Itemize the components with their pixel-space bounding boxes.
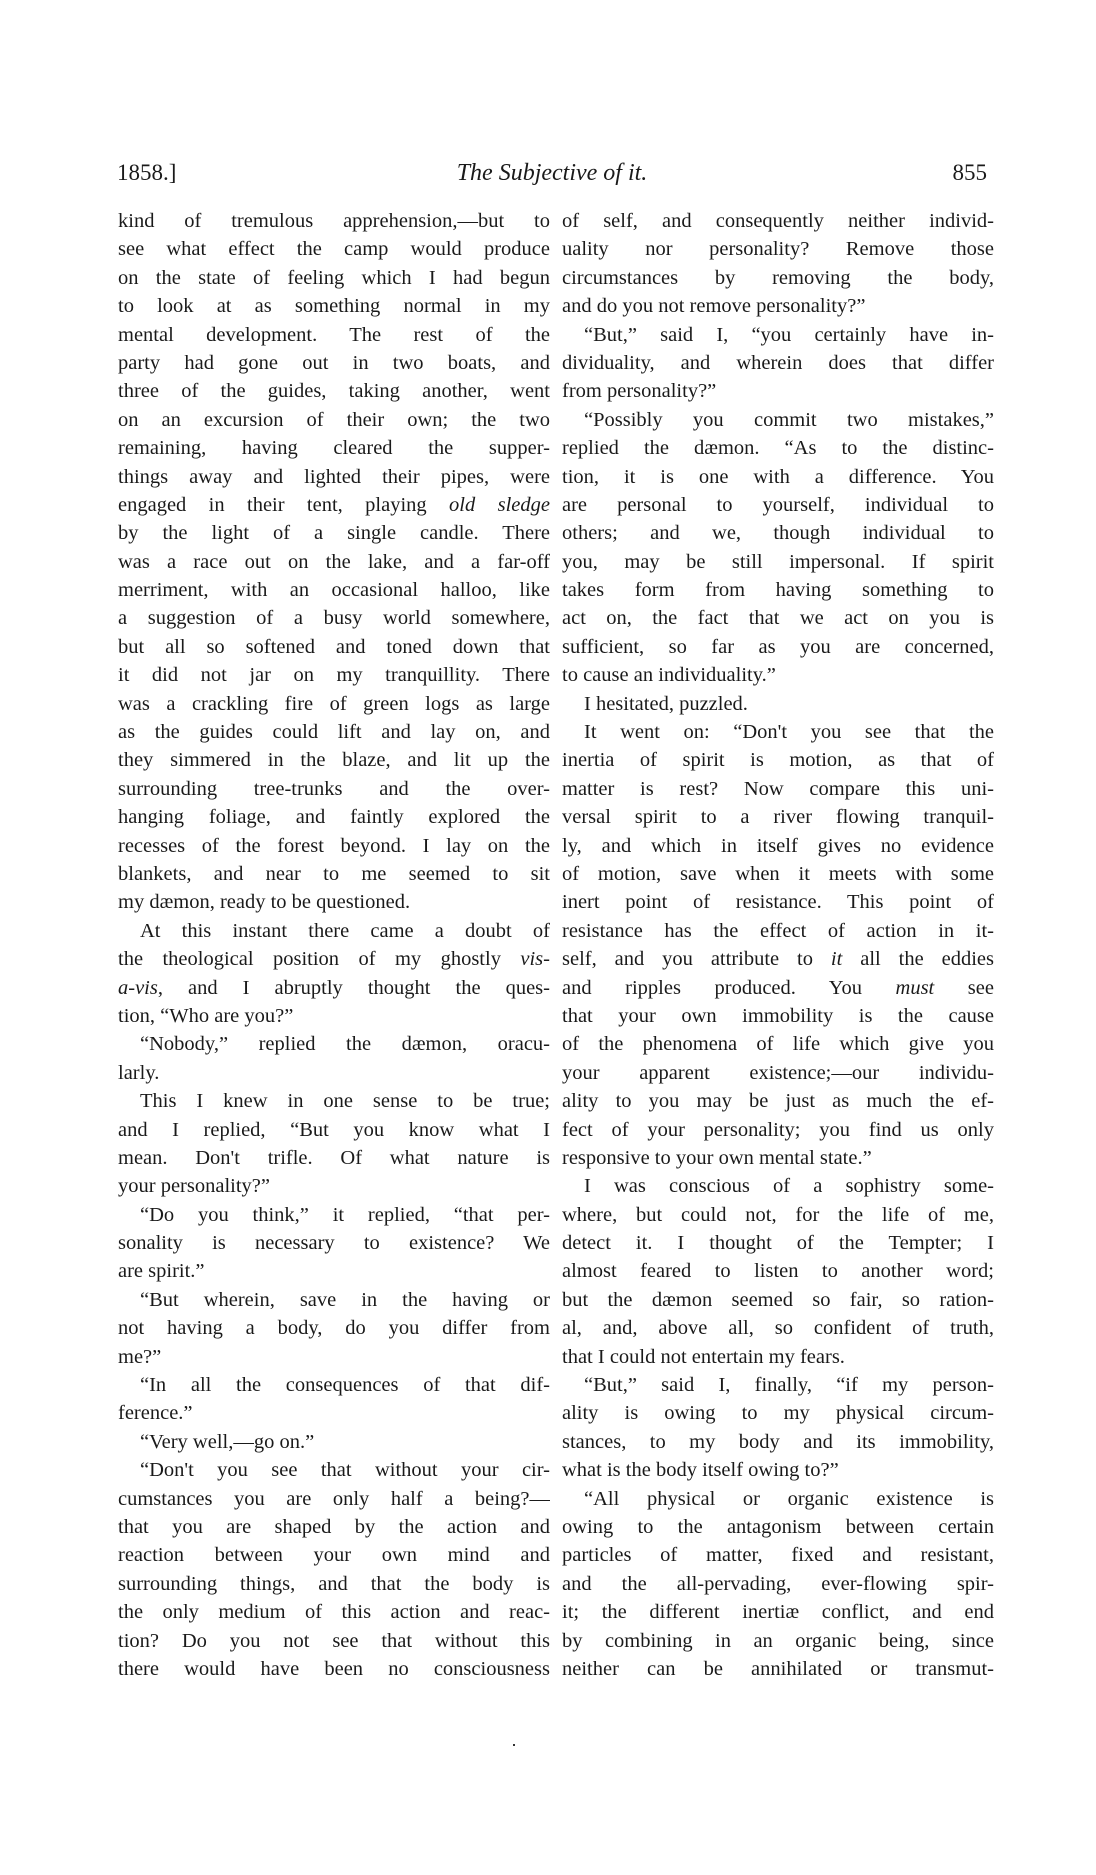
italic-emphasis: must <box>896 977 935 999</box>
text-line: not having a body, do you differ from <box>118 1314 550 1342</box>
text-line: your apparent existence;—our individu- <box>562 1059 994 1087</box>
text-line: “But wherein, save in the having or <box>118 1286 550 1314</box>
text-line: “Very well,—go on.” <box>118 1428 550 1456</box>
text-line: are spirit.” <box>118 1257 550 1285</box>
text-line: act on, the fact that we act on you is <box>562 604 994 632</box>
text-line: but all so softened and toned down that <box>118 633 550 661</box>
page-number: 855 <box>953 160 988 186</box>
text-line: engaged in their tent, playing old sledg… <box>118 491 550 519</box>
text-line: mental development. The rest of the <box>118 321 550 349</box>
text-line: “Nobody,” replied the dæmon, oracu- <box>118 1030 550 1058</box>
text-line: as the guides could lift and lay on, and <box>118 718 550 746</box>
italic-emphasis: old sledge <box>449 494 550 516</box>
text-line: mean. Don't trifle. Of what nature is <box>118 1144 550 1172</box>
text-line: cumstances you are only half a being?— <box>118 1485 550 1513</box>
text-line: circumstances by removing the body, <box>562 264 994 292</box>
text-line: and I replied, “But you know what I <box>118 1116 550 1144</box>
text-line: was a crackling fire of green logs as la… <box>118 690 550 718</box>
text-line: owing to the antagonism between certain <box>562 1513 994 1541</box>
text-line: by combining in an organic being, since <box>562 1627 994 1655</box>
text-line: dividuality, and wherein does that diffe… <box>562 349 994 377</box>
text-line: that I could not entertain my fears. <box>562 1343 994 1371</box>
text-line: kind of tremulous apprehension,—but to <box>118 207 550 235</box>
text-line: This I knew in one sense to be true; <box>118 1087 550 1115</box>
text-line: me?” <box>118 1343 550 1371</box>
text-line: they simmered in the blaze, and lit up t… <box>118 746 550 774</box>
text-line: you, may be still impersonal. If spirit <box>562 548 994 576</box>
text-line: replied the dæmon. “As to the distinc- <box>562 434 994 462</box>
text-line: tion, “Who are you?” <box>118 1002 550 1030</box>
text-line: “Don't you see that without your cir- <box>118 1456 550 1484</box>
text-line: tion, it is one with a difference. You <box>562 463 994 491</box>
text-line: and do you not remove personality?” <box>562 292 994 320</box>
text-line: but the dæmon seemed so fair, so ration- <box>562 1286 994 1314</box>
text-line: fect of your personality; you find us on… <box>562 1116 994 1144</box>
text-line: a suggestion of a busy world somewhere, <box>118 604 550 632</box>
text-line: and the all-pervading, ever-flowing spir… <box>562 1570 994 1598</box>
text-line: are personal to yourself, individual to <box>562 491 994 519</box>
text-line: almost feared to listen to another word; <box>562 1257 994 1285</box>
text-line: on the state of feeling which I had begu… <box>118 264 550 292</box>
text-line: stances, to my body and its immobility, <box>562 1428 994 1456</box>
text-line: sufficient, so far as you are concerned, <box>562 633 994 661</box>
text-column-right: of self, and consequently neither indivi… <box>562 207 994 1683</box>
text-line: “All physical or organic existence is <box>562 1485 994 1513</box>
italic-emphasis: vis- <box>520 948 550 970</box>
text-line: reaction between your own mind and <box>118 1541 550 1569</box>
text-line: party had gone out in two boats, and <box>118 349 550 377</box>
text-line: al, and, above all, so confident of trut… <box>562 1314 994 1342</box>
text-line: surrounding tree-trunks and the over- <box>118 775 550 803</box>
text-line: hanging foliage, and faintly explored th… <box>118 803 550 831</box>
text-line: At this instant there came a doubt of <box>118 917 550 945</box>
text-line: remaining, having cleared the supper- <box>118 434 550 462</box>
italic-emphasis: a-vis <box>118 977 158 999</box>
text-line: neither can be annihilated or transmut- <box>562 1655 994 1683</box>
text-line: to cause an individuality.” <box>562 661 994 689</box>
text-line: of the phenomena of life which give you <box>562 1030 994 1058</box>
text-line: self, and you attribute to it all the ed… <box>562 945 994 973</box>
text-line: the theological position of my ghostly v… <box>118 945 550 973</box>
text-line: ality is owing to my physical circum- <box>562 1399 994 1427</box>
running-header: 1858.] The Subjective of it. 855 <box>117 160 987 194</box>
text-line: ference.” <box>118 1399 550 1427</box>
text-line: surrounding things, and that the body is <box>118 1570 550 1598</box>
text-line: “Do you think,” it replied, “that per- <box>118 1201 550 1229</box>
text-line: a-vis, and I abruptly thought the ques- <box>118 974 550 1002</box>
text-line: what is the body itself owing to?” <box>562 1456 994 1484</box>
text-column-left: kind of tremulous apprehension,—but tose… <box>118 207 550 1683</box>
text-line: “But,” said I, “you certainly have in- <box>562 321 994 349</box>
text-line: uality nor personality? Remove those <box>562 235 994 263</box>
text-line: I was conscious of a sophistry some- <box>562 1172 994 1200</box>
text-line: “But,” said I, finally, “if my person- <box>562 1371 994 1399</box>
text-line: my dæmon, ready to be questioned. <box>118 888 550 916</box>
text-line: others; and we, though individual to <box>562 519 994 547</box>
text-line: It went on: “Don't you see that the <box>562 718 994 746</box>
text-line: and ripples produced. You must see <box>562 974 994 1002</box>
text-line: detect it. I thought of the Tempter; I <box>562 1229 994 1257</box>
text-line: tion? Do you not see that without this <box>118 1627 550 1655</box>
text-line: to look at as something normal in my <box>118 292 550 320</box>
text-line: particles of matter, fixed and resistant… <box>562 1541 994 1569</box>
text-line: there would have been no consciousness <box>118 1655 550 1683</box>
text-line: resistance has the effect of action in i… <box>562 917 994 945</box>
text-line: where, but could not, for the life of me… <box>562 1201 994 1229</box>
text-line: ly, and which in itself gives no evidenc… <box>562 832 994 860</box>
text-line: inert point of resistance. This point of <box>562 888 994 916</box>
text-line: I hesitated, puzzled. <box>562 690 994 718</box>
text-line: blankets, and near to me seemed to sit <box>118 860 550 888</box>
text-line: on an excursion of their own; the two <box>118 406 550 434</box>
text-line: that your own immobility is the cause <box>562 1002 994 1030</box>
text-line: versal spirit to a river flowing tranqui… <box>562 803 994 831</box>
text-line: it did not jar on my tranquillity. There <box>118 661 550 689</box>
text-line: that you are shaped by the action and <box>118 1513 550 1541</box>
text-line: your personality?” <box>118 1172 550 1200</box>
text-line: the only medium of this action and reac- <box>118 1598 550 1626</box>
text-line: by the light of a single candle. There <box>118 519 550 547</box>
scan-speck <box>513 1744 515 1746</box>
text-line: “Possibly you commit two mistakes,” <box>562 406 994 434</box>
text-line: larly. <box>118 1059 550 1087</box>
text-line: sonality is necessary to existence? We <box>118 1229 550 1257</box>
text-line: from personality?” <box>562 377 994 405</box>
text-line: inertia of spirit is motion, as that of <box>562 746 994 774</box>
text-line: ality to you may be just as much the ef- <box>562 1087 994 1115</box>
text-line: was a race out on the lake, and a far-of… <box>118 548 550 576</box>
text-line: merriment, with an occasional halloo, li… <box>118 576 550 604</box>
text-line: matter is rest? Now compare this uni- <box>562 775 994 803</box>
text-line: three of the guides, taking another, wen… <box>118 377 550 405</box>
text-line: responsive to your own mental state.” <box>562 1144 994 1172</box>
text-line: things away and lighted their pipes, wer… <box>118 463 550 491</box>
text-line: of motion, save when it meets with some <box>562 860 994 888</box>
text-line: “In all the consequences of that dif- <box>118 1371 550 1399</box>
text-line: takes form from having something to <box>562 576 994 604</box>
italic-emphasis: it <box>813 948 860 970</box>
text-line: see what effect the camp would produce <box>118 235 550 263</box>
header-title: The Subjective of it. <box>117 160 987 187</box>
text-line: recesses of the forest beyond. I lay on … <box>118 832 550 860</box>
text-line: of self, and consequently neither indivi… <box>562 207 994 235</box>
text-line: it; the different inertiæ conflict, and … <box>562 1598 994 1626</box>
